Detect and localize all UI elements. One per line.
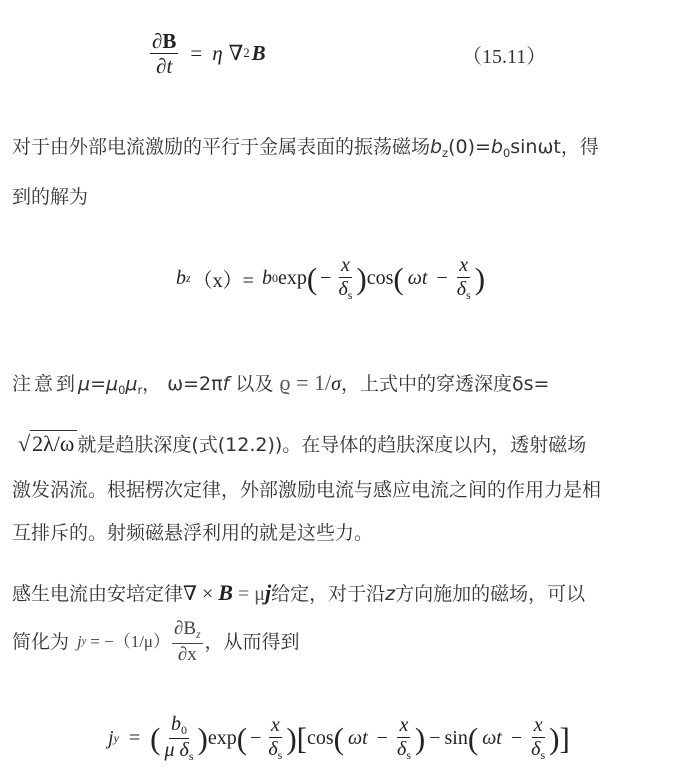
nabla-icon: ∇ [229, 41, 244, 66]
subscript-s: s [189, 749, 194, 763]
right-paren: ) [415, 723, 425, 754]
text: ，得 [561, 136, 599, 158]
x-over-delta-fraction: x δs [336, 255, 354, 302]
minus-sign: − [429, 727, 440, 750]
text: 给定，对于沿 [271, 583, 385, 605]
subscript-s: s [406, 748, 411, 762]
paragraph-line: 注意到μ=μ0μr， ω=2πf 以及 ϱ = 1/σ，上式中的穿透深度δs= [12, 358, 692, 415]
denominator: ∂t [154, 54, 174, 77]
f-symbol: f [223, 373, 230, 395]
mu0-symbol: μ [106, 373, 118, 395]
argument-x: （x）= [193, 264, 254, 293]
subscript-0: 0 [181, 723, 187, 737]
subscript-y: y [114, 731, 119, 746]
right-paren: ) [198, 723, 208, 754]
left-paren: ( [393, 263, 403, 294]
b0-symbol: b [262, 267, 272, 290]
subscript-y: y [82, 619, 87, 665]
current-density-expression: jy = −（1/μ） ∂Bz ∂x [77, 619, 205, 665]
b0-symbol: b [171, 713, 181, 735]
right-paren: ) [475, 263, 485, 294]
numerator-x: x [269, 715, 282, 738]
comma: ， [142, 373, 161, 395]
curl-operator: ∇ × [183, 583, 218, 605]
paragraph-line: 到的解为 [12, 175, 692, 219]
text: ，从而得到 [205, 619, 300, 665]
negative-inverse-mu: = −（1/μ） [90, 619, 170, 665]
sqrt-expression: √2λ/ω [18, 431, 77, 456]
left-paren: ( [334, 723, 344, 754]
subscript-s: s [540, 748, 545, 762]
text: 感生电流由安培定律 [12, 583, 183, 605]
subscript-s: s [466, 288, 471, 302]
delta-symbol: δ [457, 278, 466, 300]
subscript-s: s [278, 748, 283, 762]
x-over-delta-fraction: x δs [266, 715, 284, 762]
left-bracket: [ [297, 723, 307, 754]
left-paren: ( [468, 723, 478, 754]
equals-sign: = [190, 41, 202, 66]
paragraph-oscillating-field: 对于由外部电流激励的平行于金属表面的振荡磁场bz(0)=b0sinωt，得 到的… [12, 125, 692, 219]
cos-function: cos [307, 727, 334, 750]
text: 以及 [235, 373, 273, 395]
minus-sign: − [377, 727, 388, 750]
rho-equation: ϱ = 1/ [279, 370, 331, 395]
omega-t: ωt [348, 727, 368, 750]
equation-jy-result: jy = ( b0 μ δs ) exp ( − x δs ) [ cos ( … [108, 714, 570, 763]
partial-derivative-fraction: ∂B ∂t [150, 30, 178, 77]
right-paren: ) [286, 723, 296, 754]
right-bracket: ] [559, 723, 569, 754]
text: 方向施加的磁场，可以 [395, 583, 585, 605]
paragraph-line: √2λ/ω就是趋肤深度(式(12.2))。在导体的趋肤深度以内，透射磁场 [12, 415, 692, 470]
sin-function: sin [445, 727, 468, 750]
omega-t: ωt [408, 267, 428, 290]
equation-bz-solution: bz （x）= b0 exp ( − x δs ) cos ( ωt − x δ… [176, 255, 485, 302]
minus-sign: − [511, 727, 522, 750]
eta-symbol: η [212, 41, 222, 66]
numerator: ∂B [150, 30, 178, 54]
numerator: ∂B [174, 618, 196, 639]
numerator-x: x [397, 715, 410, 738]
z-symbol: z [385, 583, 395, 605]
minus-sign: − [436, 267, 447, 290]
numerator-x: x [457, 255, 470, 278]
text: 对于由外部电流激励的平行于金属表面的振荡磁场 [12, 136, 430, 158]
left-paren: ( [237, 723, 247, 754]
delta-symbol: δ [338, 278, 347, 300]
paragraph-line: 互排斥的。射频磁悬浮利用的就是这些力。 [12, 509, 692, 558]
equation-number: （15.11） [462, 40, 546, 69]
x-over-delta-fraction: x δs [395, 715, 413, 762]
numerator-x: x [532, 715, 545, 738]
paragraph-line: 对于由外部电流激励的平行于金属表面的振荡磁场bz(0)=b0sinωt，得 [12, 125, 692, 175]
paragraph-line: 简化为 jy = −（1/μ） ∂Bz ∂x ，从而得到 [12, 617, 692, 667]
b-field-symbol: B [252, 41, 266, 66]
paragraph-line: 激发涡流。根据楞次定律，外部激励电流与感应电流之间的作用力是相 [12, 466, 692, 515]
text: 简化为 [12, 619, 69, 665]
right-paren: ) [356, 263, 366, 294]
subscript-z: z [186, 271, 191, 286]
cos-function: cos [367, 267, 394, 290]
superscript-2: 2 [243, 46, 249, 61]
b-field-symbol: B [218, 580, 233, 605]
paragraph-ampere-law: 感生电流由安培定律∇ × B = μj给定，对于沿z方向施加的磁场，可以 简化为… [12, 570, 692, 667]
text: ，上式中的穿透深度δs= [341, 373, 549, 395]
omega-t: ωt [482, 727, 502, 750]
paragraph-skin-depth: 注意到μ=μ0μr， ω=2πf 以及 ϱ = 1/σ，上式中的穿透深度δs= … [12, 358, 692, 558]
paragraph-line: 感生电流由安培定律∇ × B = μj给定，对于沿z方向施加的磁场，可以 [12, 570, 692, 617]
text: 注意到 [12, 373, 78, 395]
exp-function: exp [208, 727, 237, 750]
subscript-s: s [348, 288, 353, 302]
omega-equation: ω=2π [167, 373, 222, 395]
sigma-symbol: σ [331, 373, 341, 395]
mu-symbol: μ [78, 373, 90, 395]
equals-sign: = [129, 727, 140, 750]
b-symbol: b [176, 267, 186, 290]
argument: (0) [448, 136, 475, 158]
x-over-delta-fraction: x δs [455, 255, 473, 302]
minus-sign: − [320, 267, 331, 290]
b0-symbol: b [491, 136, 503, 158]
right-paren: ) [549, 723, 559, 754]
delta-symbol: δ [397, 738, 406, 760]
text: 就是趋肤深度(式(12.2))。在导体的趋肤深度以内，透射磁场 [77, 434, 586, 456]
delta-symbol: δ [268, 738, 277, 760]
equals-sign: = [475, 136, 491, 158]
mur-symbol: μ [125, 373, 137, 395]
left-paren: ( [307, 263, 317, 294]
b0-over-mu-delta-fraction: b0 μ δs [163, 714, 196, 763]
equals-mu: = μ [233, 583, 265, 605]
equals-sign: = [90, 373, 106, 395]
x-over-delta-fraction: x δs [529, 715, 547, 762]
exp-function: exp [278, 267, 307, 290]
subscript-z: z [196, 629, 200, 641]
dbz-dx-fraction: ∂Bz ∂x [172, 619, 203, 665]
numerator-x: x [339, 255, 352, 278]
sine-term: sinωt [510, 136, 561, 158]
sqrt-content: 2λ/ω [30, 430, 77, 456]
equation-15-11: ∂B ∂t = η ∇2 B [148, 30, 266, 77]
left-paren: ( [150, 723, 160, 754]
minus-sign: − [250, 727, 261, 750]
mu-delta: μ δ [165, 739, 189, 761]
denominator: ∂x [176, 644, 199, 665]
b-symbol: b [430, 136, 442, 158]
